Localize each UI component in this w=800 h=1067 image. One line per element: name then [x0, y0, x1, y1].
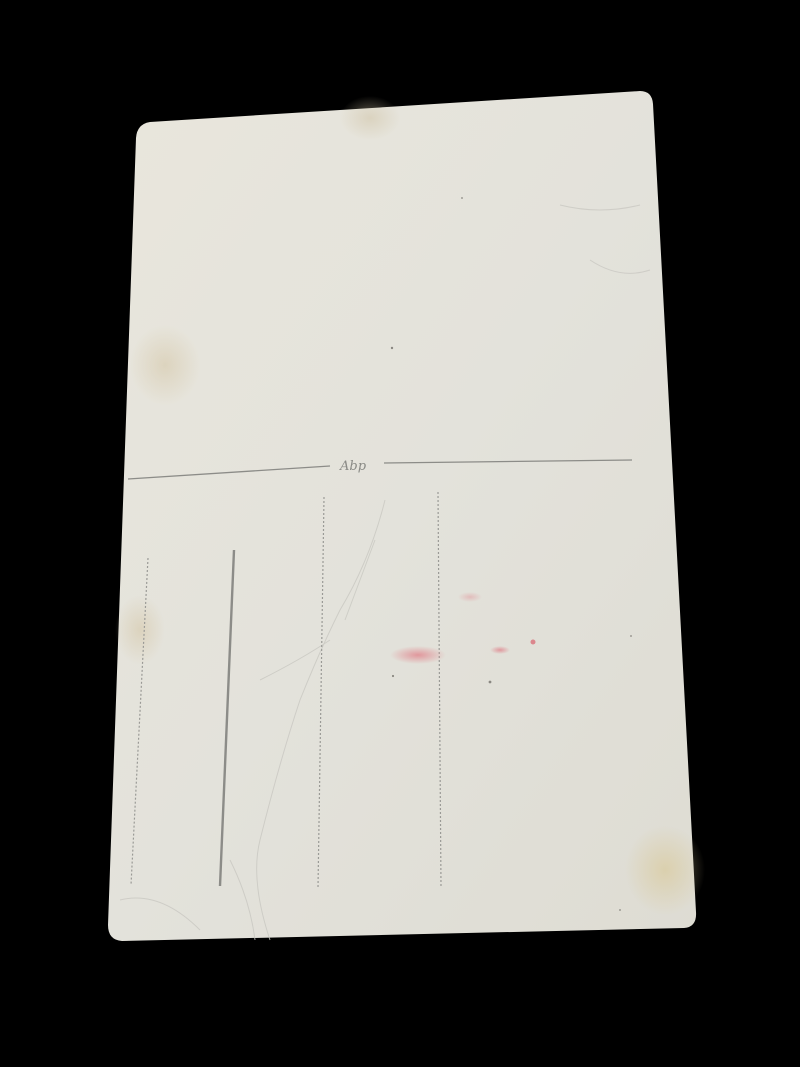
- stain-top: [340, 96, 400, 140]
- red-ink-dot: [531, 640, 536, 645]
- red-ink-smudge-small: [490, 646, 510, 654]
- postcard: [108, 91, 696, 941]
- stain-bottom-right: [625, 825, 705, 915]
- red-ink-faint: [458, 592, 482, 602]
- stain-left: [130, 325, 200, 405]
- divider-ornament: Abp: [339, 459, 367, 474]
- red-ink-smudge: [390, 646, 446, 664]
- photo-scene: Abp: [0, 0, 800, 1067]
- stain-left-mid: [115, 595, 165, 665]
